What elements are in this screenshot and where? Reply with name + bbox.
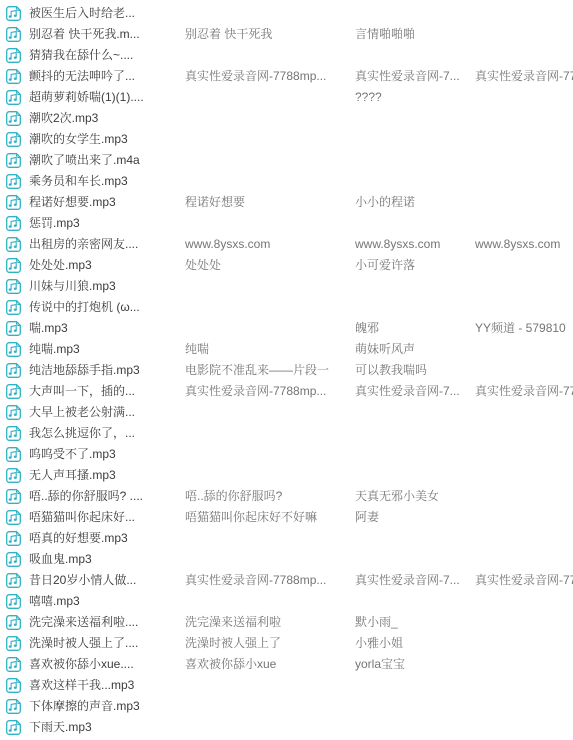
file-name: 潮吹2次.mp3: [29, 108, 185, 129]
list-item[interactable]: 出租房的亲密网友.... www.8ysxs.com www.8ysxs.com…: [0, 234, 573, 255]
track-album: 真实性爱录音网-77: [475, 381, 573, 402]
file-name: 无人声耳搔.mp3: [29, 465, 185, 486]
track-title: 别忍着 快干死我: [185, 24, 355, 45]
list-item[interactable]: 下体摩擦的声音.mp3: [0, 696, 573, 717]
track-album: 真实性爱录音网-77: [475, 66, 573, 87]
audio-file-note-icon: [5, 656, 22, 673]
audio-file-note-icon: [5, 89, 22, 106]
file-name: 大早上被老公射满...: [29, 402, 185, 423]
list-item[interactable]: 乘务员和车长.mp3: [0, 171, 573, 192]
list-item[interactable]: 喜欢被你舔小xue.... 喜欢被你舔小xue yorla宝宝: [0, 654, 573, 675]
track-title: www.8ysxs.com: [185, 234, 355, 255]
list-item[interactable]: 别忍着 快干死我.m... 别忍着 快干死我 言情啪啪啪: [0, 24, 573, 45]
list-item[interactable]: 传说中的打炮机 (ω...: [0, 297, 573, 318]
list-item[interactable]: 我怎么挑逗你了，...: [0, 423, 573, 444]
list-item[interactable]: 无人声耳搔.mp3: [0, 465, 573, 486]
track-title: 洗澡时被人强上了: [185, 633, 355, 654]
list-item[interactable]: 吸血鬼.mp3: [0, 549, 573, 570]
track-artist: 魄邪: [355, 318, 475, 339]
list-item[interactable]: 惩罚.mp3: [0, 213, 573, 234]
track-artist: 萌妹听风声: [355, 339, 475, 360]
list-item[interactable]: 大早上被老公射满...: [0, 402, 573, 423]
file-name: 程诺好想要.mp3: [29, 192, 185, 213]
audio-file-note-icon: [5, 194, 22, 211]
audio-file-note-icon: [5, 551, 22, 568]
track-artist: yorla宝宝: [355, 654, 475, 675]
track-artist: 真实性爱录音网-7...: [355, 66, 475, 87]
file-name: 别忍着 快干死我.m...: [29, 24, 185, 45]
audio-file-note-icon: [5, 299, 22, 316]
list-item[interactable]: 下雨天.mp3: [0, 717, 573, 738]
file-name: 下雨天.mp3: [29, 717, 185, 738]
file-name: 被医生后入时给老...: [29, 3, 185, 24]
audio-file-note-icon: [5, 236, 22, 253]
file-name: 下体摩擦的声音.mp3: [29, 696, 185, 717]
audio-file-note-icon: [5, 677, 22, 694]
audio-file-note-icon: [5, 572, 22, 589]
file-name: 纯洁地舔舔手指.mp3: [29, 360, 185, 381]
file-name: 喜欢被你舔小xue....: [29, 654, 185, 675]
track-title: 纯喘: [185, 339, 355, 360]
audio-file-note-icon: [5, 320, 22, 337]
file-name: 纯喘.mp3: [29, 339, 185, 360]
track-title: 处处处: [185, 255, 355, 276]
audio-file-note-icon: [5, 467, 22, 484]
track-artist: 言情啪啪啪: [355, 24, 475, 45]
list-item[interactable]: 颤抖的无法呻吟了... 真实性爱录音网-7788mp... 真实性爱录音网-7.…: [0, 66, 573, 87]
file-name: 洗完澡来送福利啦....: [29, 612, 185, 633]
list-item[interactable]: 处处处.mp3 处处处 小可爱许落: [0, 255, 573, 276]
list-item[interactable]: 呜呜受不了.mp3: [0, 444, 573, 465]
audio-file-note-icon: [5, 341, 22, 358]
file-name: 传说中的打炮机 (ω...: [29, 297, 185, 318]
audio-file-note-icon: [5, 509, 22, 526]
track-title: 唔..舔的你舒服吗?: [185, 486, 355, 507]
track-album: YY频道 - 579810: [475, 318, 573, 339]
audio-file-note-icon: [5, 698, 22, 715]
list-item[interactable]: 超萌萝莉娇喘(1)(1).... ????: [0, 87, 573, 108]
audio-file-note-icon: [5, 131, 22, 148]
file-name: 昔日20岁小情人做...: [29, 570, 185, 591]
track-album: www.8ysxs.com: [475, 234, 573, 255]
track-title: 电影院不准乱来——片段一: [185, 360, 355, 381]
track-artist: www.8ysxs.com: [355, 234, 475, 255]
audio-file-note-icon: [5, 152, 22, 169]
audio-file-note-icon: [5, 719, 22, 736]
audio-file-note-icon: [5, 110, 22, 127]
track-artist: ????: [355, 87, 475, 108]
track-title: 真实性爱录音网-7788mp...: [185, 381, 355, 402]
file-list: 被医生后入时给老... 别忍着 快干死我.m... 别忍着 快干死我 言情啪啪: [0, 0, 573, 738]
list-item[interactable]: 大声叫一下，插的... 真实性爱录音网-7788mp... 真实性爱录音网-7.…: [0, 381, 573, 402]
track-artist: 阿妻: [355, 507, 475, 528]
audio-file-note-icon: [5, 404, 22, 421]
audio-file-note-icon: [5, 68, 22, 85]
audio-file-note-icon: [5, 5, 22, 22]
list-item[interactable]: 昔日20岁小情人做... 真实性爱录音网-7788mp... 真实性爱录音网-7…: [0, 570, 573, 591]
audio-file-note-icon: [5, 488, 22, 505]
list-item[interactable]: 唔..舔的你舒服吗? .... 唔..舔的你舒服吗? 天真无邪小美女: [0, 486, 573, 507]
list-item[interactable]: 潮吹2次.mp3: [0, 108, 573, 129]
list-item[interactable]: 唔真的好想要.mp3: [0, 528, 573, 549]
audio-file-note-icon: [5, 47, 22, 64]
file-name: 大声叫一下，插的...: [29, 381, 185, 402]
track-title: 真实性爱录音网-7788mp...: [185, 66, 355, 87]
file-name: 处处处.mp3: [29, 255, 185, 276]
file-name: 颤抖的无法呻吟了...: [29, 66, 185, 87]
file-name: 川妹与川狼.mp3: [29, 276, 185, 297]
track-title: 唔猫猫叫你起床好不好嘛: [185, 507, 355, 528]
track-artist: 默小雨_: [355, 612, 475, 633]
track-title: 程诺好想要: [185, 192, 355, 213]
list-item[interactable]: 纯洁地舔舔手指.mp3 电影院不准乱来——片段一 可以教我喘吗: [0, 360, 573, 381]
file-name: 呜呜受不了.mp3: [29, 444, 185, 465]
list-item[interactable]: 喜欢这样干我...mp3: [0, 675, 573, 696]
file-name: 乘务员和车长.mp3: [29, 171, 185, 192]
track-artist: 小可爱许落: [355, 255, 475, 276]
audio-file-note-icon: [5, 173, 22, 190]
list-item[interactable]: 川妹与川狼.mp3: [0, 276, 573, 297]
list-item[interactable]: 洗完澡来送福利啦.... 洗完澡来送福利啦 默小雨_: [0, 612, 573, 633]
list-item[interactable]: 唔猫猫叫你起床好... 唔猫猫叫你起床好不好嘛 阿妻: [0, 507, 573, 528]
track-title: 真实性爱录音网-7788mp...: [185, 570, 355, 591]
list-item[interactable]: 猜猜我在舔什么~....: [0, 45, 573, 66]
file-name: 出租房的亲密网友....: [29, 234, 185, 255]
audio-file-note-icon: [5, 278, 22, 295]
track-artist: 真实性爱录音网-7...: [355, 381, 475, 402]
audio-file-note-icon: [5, 635, 22, 652]
file-name: 潮吹了喷出来了.m4a: [29, 150, 185, 171]
file-name: 吸血鬼.mp3: [29, 549, 185, 570]
audio-file-note-icon: [5, 614, 22, 631]
audio-file-note-icon: [5, 425, 22, 442]
list-item[interactable]: 潮吹的女学生.mp3: [0, 129, 573, 150]
audio-file-note-icon: [5, 446, 22, 463]
audio-file-note-icon: [5, 530, 22, 547]
audio-file-note-icon: [5, 26, 22, 43]
file-name: 唔..舔的你舒服吗? ....: [29, 486, 185, 507]
list-item[interactable]: 嘻嘻.mp3: [0, 591, 573, 612]
audio-file-note-icon: [5, 593, 22, 610]
file-name: 惩罚.mp3: [29, 213, 185, 234]
track-title: 喜欢被你舔小xue: [185, 654, 355, 675]
track-artist: 可以教我喘吗: [355, 360, 475, 381]
track-artist: 小雅小姐: [355, 633, 475, 654]
list-item[interactable]: 潮吹了喷出来了.m4a: [0, 150, 573, 171]
file-name: 潮吹的女学生.mp3: [29, 129, 185, 150]
file-name: 喘.mp3: [29, 318, 185, 339]
file-name: 超萌萝莉娇喘(1)(1)....: [29, 87, 185, 108]
audio-file-note-icon: [5, 383, 22, 400]
track-artist: 真实性爱录音网-7...: [355, 570, 475, 591]
file-name: 喜欢这样干我...mp3: [29, 675, 185, 696]
audio-file-note-icon: [5, 257, 22, 274]
track-artist: 天真无邪小美女: [355, 486, 475, 507]
track-title: 洗完澡来送福利啦: [185, 612, 355, 633]
file-name: 嘻嘻.mp3: [29, 591, 185, 612]
file-name: 我怎么挑逗你了，...: [29, 423, 185, 444]
audio-file-note-icon: [5, 215, 22, 232]
track-album: 真实性爱录音网-77: [475, 570, 573, 591]
list-item[interactable]: 纯喘.mp3 纯喘 萌妹听风声: [0, 339, 573, 360]
audio-file-note-icon: [5, 362, 22, 379]
file-name: 唔真的好想要.mp3: [29, 528, 185, 549]
file-name: 猜猜我在舔什么~....: [29, 45, 185, 66]
list-item[interactable]: 被医生后入时给老...: [0, 3, 573, 24]
list-item[interactable]: 程诺好想要.mp3 程诺好想要 小小的程诺: [0, 192, 573, 213]
file-name: 唔猫猫叫你起床好...: [29, 507, 185, 528]
list-item[interactable]: 喘.mp3 魄邪 YY频道 - 579810: [0, 318, 573, 339]
list-item[interactable]: 洗澡时被人强上了.... 洗澡时被人强上了 小雅小姐: [0, 633, 573, 654]
track-artist: 小小的程诺: [355, 192, 475, 213]
file-name: 洗澡时被人强上了....: [29, 633, 185, 654]
